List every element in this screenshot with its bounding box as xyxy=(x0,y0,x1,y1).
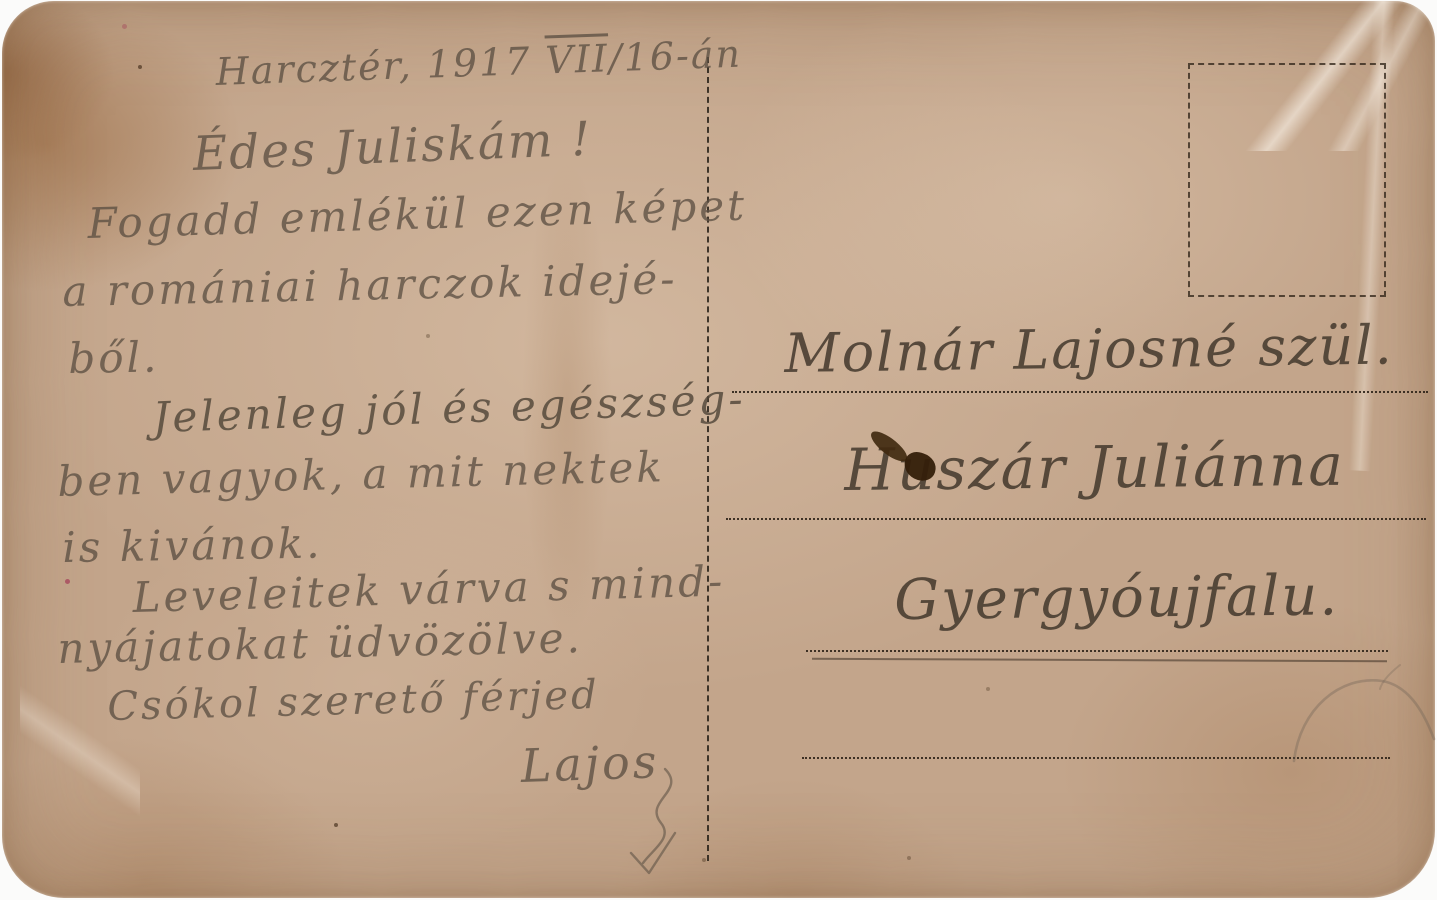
dateline-roman-numeral: VII xyxy=(545,36,610,82)
dateline-place-year: Harcztér, 1917 xyxy=(215,38,546,93)
message-line: ben vagyok, a mit nektek xyxy=(57,446,665,503)
message-line: Csókol szerető férjed xyxy=(107,675,600,727)
message-line: nyájatokat üdvözölve. xyxy=(57,617,583,670)
address-rule-3 xyxy=(806,650,1388,652)
address-name-line1: Molnár Lajosné szül. xyxy=(784,318,1394,381)
message-line: ből. xyxy=(68,336,160,380)
signature-flourish xyxy=(547,741,727,900)
paper-crease-bottom-left xyxy=(20,641,140,861)
address-rule-2 xyxy=(726,518,1426,520)
postcard: Harcztér, 1917 VII/16-án Édes Juliskám !… xyxy=(2,1,1435,898)
dateline: Harcztér, 1917 VII/16-án xyxy=(215,35,743,91)
paper-specks xyxy=(2,1,4,3)
ink-blot xyxy=(874,425,946,487)
postcard-scan: Harcztér, 1917 VII/16-án Édes Juliskám !… xyxy=(0,0,1437,900)
stamp-box xyxy=(1188,63,1386,297)
address-rule-1 xyxy=(732,391,1428,393)
message-line: is kivánok. xyxy=(62,522,323,569)
pencil-squiggle xyxy=(1282,663,1437,783)
address-town-underline xyxy=(812,658,1387,663)
message-line: Jelenleg jól és egészség- xyxy=(152,378,746,439)
message-line: a romániai harczok idejé- xyxy=(62,258,678,313)
message-line: Fogadd emlékül ezen képet xyxy=(87,185,748,245)
salutation: Édes Juliskám ! xyxy=(192,116,593,178)
address-town: Gyergyóujfalu. xyxy=(894,568,1339,629)
dateline-day: /16-án xyxy=(608,32,743,81)
